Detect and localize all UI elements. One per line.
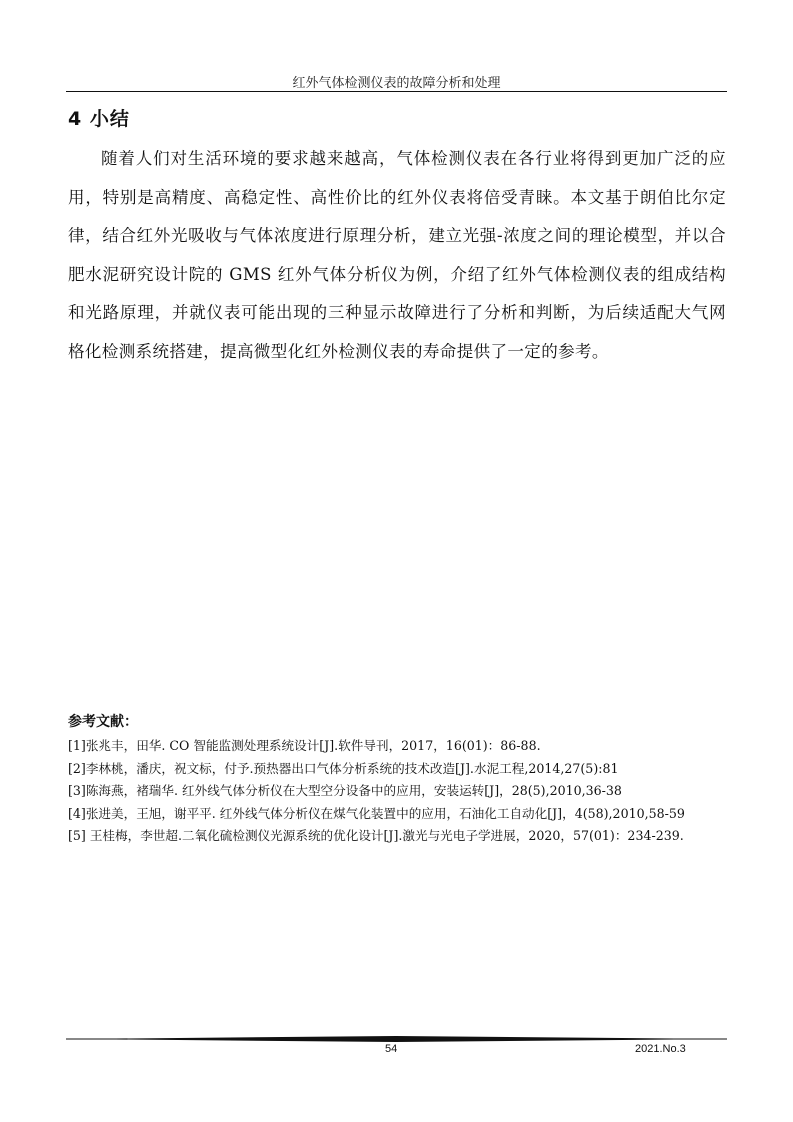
reference-item: [5] 王桂梅，李世超.二氧化硫检测仪光源系统的优化设计[J].激光与光电子学进…: [68, 825, 728, 848]
reference-item: [2]李林桃，潘庆，祝文标，付予.预热器出口气体分析系统的技术改造[J].水泥工…: [68, 758, 728, 781]
running-header-title: 红外气体检测仪表的故障分析和处理: [66, 72, 727, 91]
references-list: [1]张兆丰，田华. CO 智能监测处理系统设计[J].软件导刊，2017，16…: [68, 735, 728, 848]
reference-item: [3]陈海燕，褚瑞华. 红外线气体分析仪在大型空分设备中的应用，安装运转[J]，…: [68, 780, 728, 803]
reference-item: [1]张兆丰，田华. CO 智能监测处理系统设计[J].软件导刊，2017，16…: [68, 735, 728, 758]
section-paragraph: 随着人们对生活环境的要求越来越高，气体检测仪表在各行业将得到更加广泛的应用，特别…: [68, 140, 726, 371]
references-title: 参考文献：: [68, 711, 138, 731]
reference-item: [4]张进美，王旭，谢平平. 红外线气体分析仪在煤气化装置中的应用，石油化工自动…: [68, 803, 728, 826]
issue-label: 2021.No.3: [635, 1043, 686, 1055]
header-divider: [66, 91, 727, 92]
section-title: 4 小结: [68, 104, 130, 131]
page-number: 54: [385, 1043, 397, 1055]
footer-divider: [66, 1036, 727, 1042]
